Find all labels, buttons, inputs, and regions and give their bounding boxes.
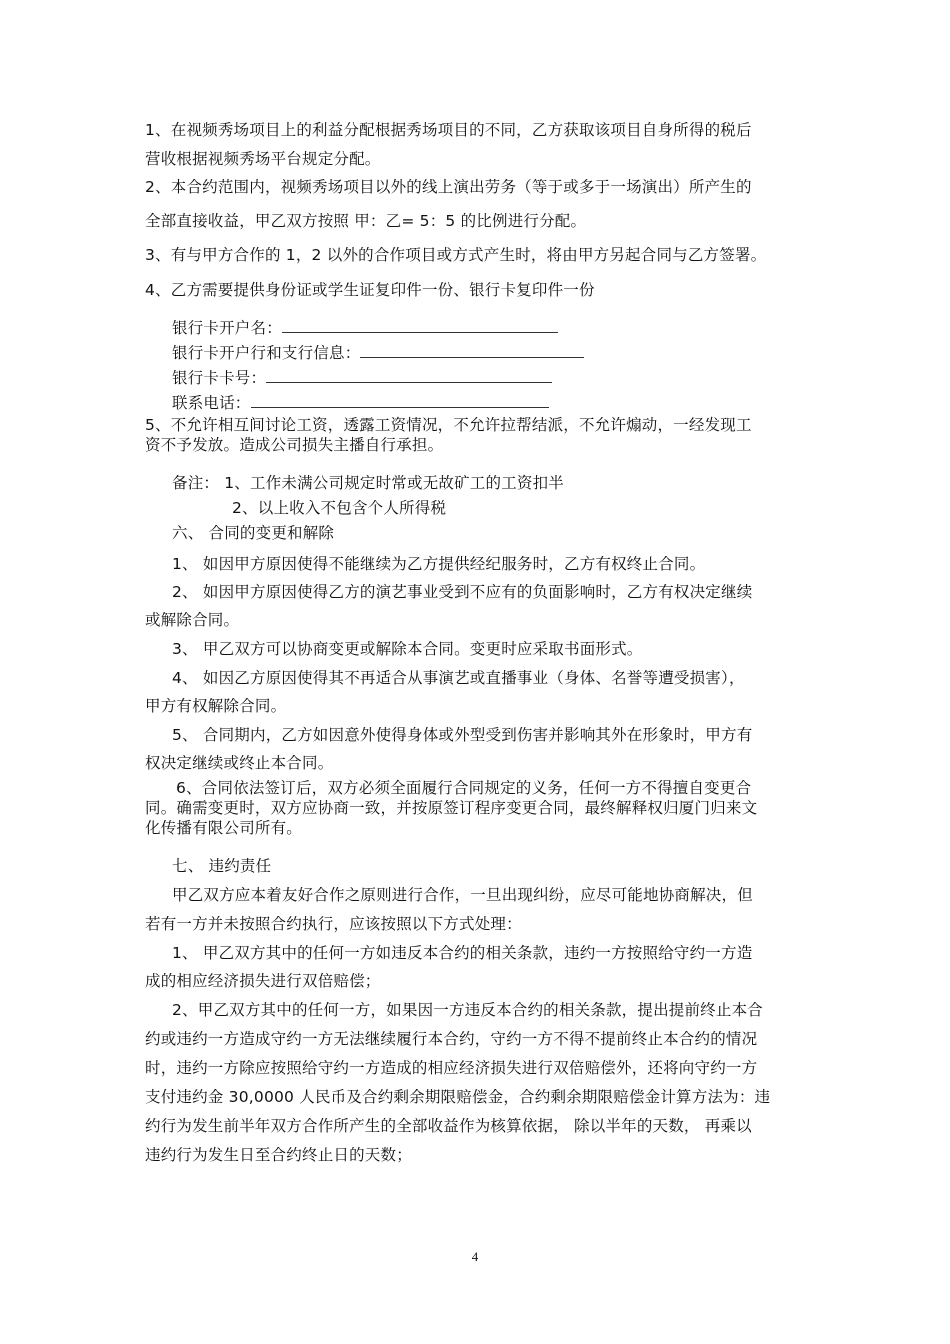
section-6-item-6-line-3: 化传播有限公司所有。 [145,818,302,838]
section-6-item-2-line-2: 或解除合同。 [145,610,239,630]
clause-1-line-2: 营收根据视频秀场平台规定分配。 [145,149,381,169]
clause-5-line-1: 5、不允许相互间讨论工资，透露工资情况，不允许拉帮结派，不允许煽动，一经发现工 [145,415,752,435]
section-6-item-3: 3、 甲乙双方可以协商变更或解除本合同。变更时应采取书面形式。 [172,639,643,659]
clause-4: 4、乙方需要提供身份证或学生证复印件一份、银行卡复印件一份 [145,280,595,300]
section-6-item-6-line-2: 同。确需变更时，双方应协商一致，并按原签订程序变更合同，最终解释权归厦门归来文 [145,798,757,818]
phone-blank [251,393,549,408]
bank-card-number-field: 银行卡卡号： [172,368,552,388]
clause-5-line-2: 资不予发放。造成公司损失主播自行承担。 [145,435,443,455]
clause-2-line-1: 2、本合约范围内，视频秀场项目以外的线上演出劳务（等于或多于一场演出）所产生的 [145,177,752,197]
section-6-item-6-line-1: 6、合同依法签订后，双方必须全面履行合同规定的义务，任何一方不得擅自变更合 [176,778,751,798]
section-6-item-4-line-1: 4、 如因乙方原因使得其不再适合从事演艺或直播事业（身体、名誉等遭受损害）， [172,668,745,688]
clause-1-line-1: 1、在视频秀场项目上的利益分配根据秀场项目的不同，乙方获取该项目自身所得的税后 [145,120,752,140]
bank-card-number-blank [266,368,552,383]
section-6-item-5-line-1: 5、 合同期内，乙方如因意外使得身体或外型受到伤害并影响其外在形象时，甲方有 [172,725,752,745]
page-number: 4 [0,1249,950,1265]
phone-field: 联系电话： [172,393,549,413]
section-6-item-1: 1、 如因甲方原因使得不能继续为乙方提供经纪服务时，乙方有权终止合同。 [172,554,705,574]
section-7-item-2-line-1: 2、甲乙双方其中的任何一方，如果因一方违反本合约的相关条款，提出提前终止本合 [172,1000,763,1020]
bank-account-name-blank [282,318,558,333]
section-7-heading: 七、 违约责任 [172,856,271,876]
section-7-intro-line-1: 甲乙双方应本着友好合作之原则进行合作，一旦出现纠纷，应尽可能地协商解决，但 [172,885,753,905]
section-7-intro-line-2: 若有一方并未按照合约执行，应该按照以下方式处理： [145,914,522,934]
bank-account-name-label: 银行卡开户名： [172,319,282,337]
phone-label: 联系电话： [172,394,251,412]
section-6-item-2-line-1: 2、 如因甲方原因使得乙方的演艺事业受到不应有的负面影响时，乙方有权决定继续 [172,582,752,602]
bank-branch-label: 银行卡开户行和支行信息： [172,344,360,362]
section-7-item-2-line-3: 时，违约一方除应按照给守约一方造成的相应经济损失进行双倍赔偿外，还将向守约一方 [145,1058,757,1078]
note-1: 备注： 1、工作未满公司规定时常或无故矿工的工资扣半 [172,473,564,493]
section-7-item-1-line-1: 1、 甲乙双方其中的任何一方如违反本合约的相关条款，违约一方按照给守约一方造 [172,943,752,963]
section-6-heading: 六、 合同的变更和解除 [172,523,334,543]
document-page: 1、在视频秀场项目上的利益分配根据秀场项目的不同，乙方获取该项目自身所得的税后 … [0,0,950,1344]
section-7-item-2-line-5: 约行为发生前半年双方合作所产生的全部收益作为核算依据， 除以半年的天数， 再乘以 [145,1116,752,1136]
section-6-item-5-line-2: 权决定继续或终止本合同。 [145,753,333,773]
bank-branch-blank [360,343,584,358]
section-7-item-2-line-6: 违约行为发生日至合约终止日的天数； [145,1145,412,1165]
clause-3: 3、有与甲方合作的 1，2 以外的合作项目或方式产生时，将由甲方另起合同与乙方签… [145,245,766,265]
section-7-item-1-line-2: 成的相应经济损失进行双倍赔偿； [145,971,381,991]
note-2: 2、以上收入不包含个人所得税 [232,498,446,518]
bank-account-name-field: 银行卡开户名： [172,318,558,338]
bank-branch-field: 银行卡开户行和支行信息： [172,343,584,363]
section-6-item-4-line-2: 甲方有权解除合同。 [145,696,286,716]
clause-2-line-2: 全部直接收益，甲乙双方按照 甲：乙= 5：5 的比例进行分配。 [145,211,586,231]
section-7-item-2-line-4: 支付违约金 30,0000 人民币及合约剩余期限赔偿金，合约剩余期限赔偿金计算方… [145,1087,770,1107]
bank-card-number-label: 银行卡卡号： [172,369,266,387]
section-7-item-2-line-2: 约或违约一方造成守约一方无法继续履行本合约，守约一方不得不提前终止本合约的情况 [145,1029,757,1049]
